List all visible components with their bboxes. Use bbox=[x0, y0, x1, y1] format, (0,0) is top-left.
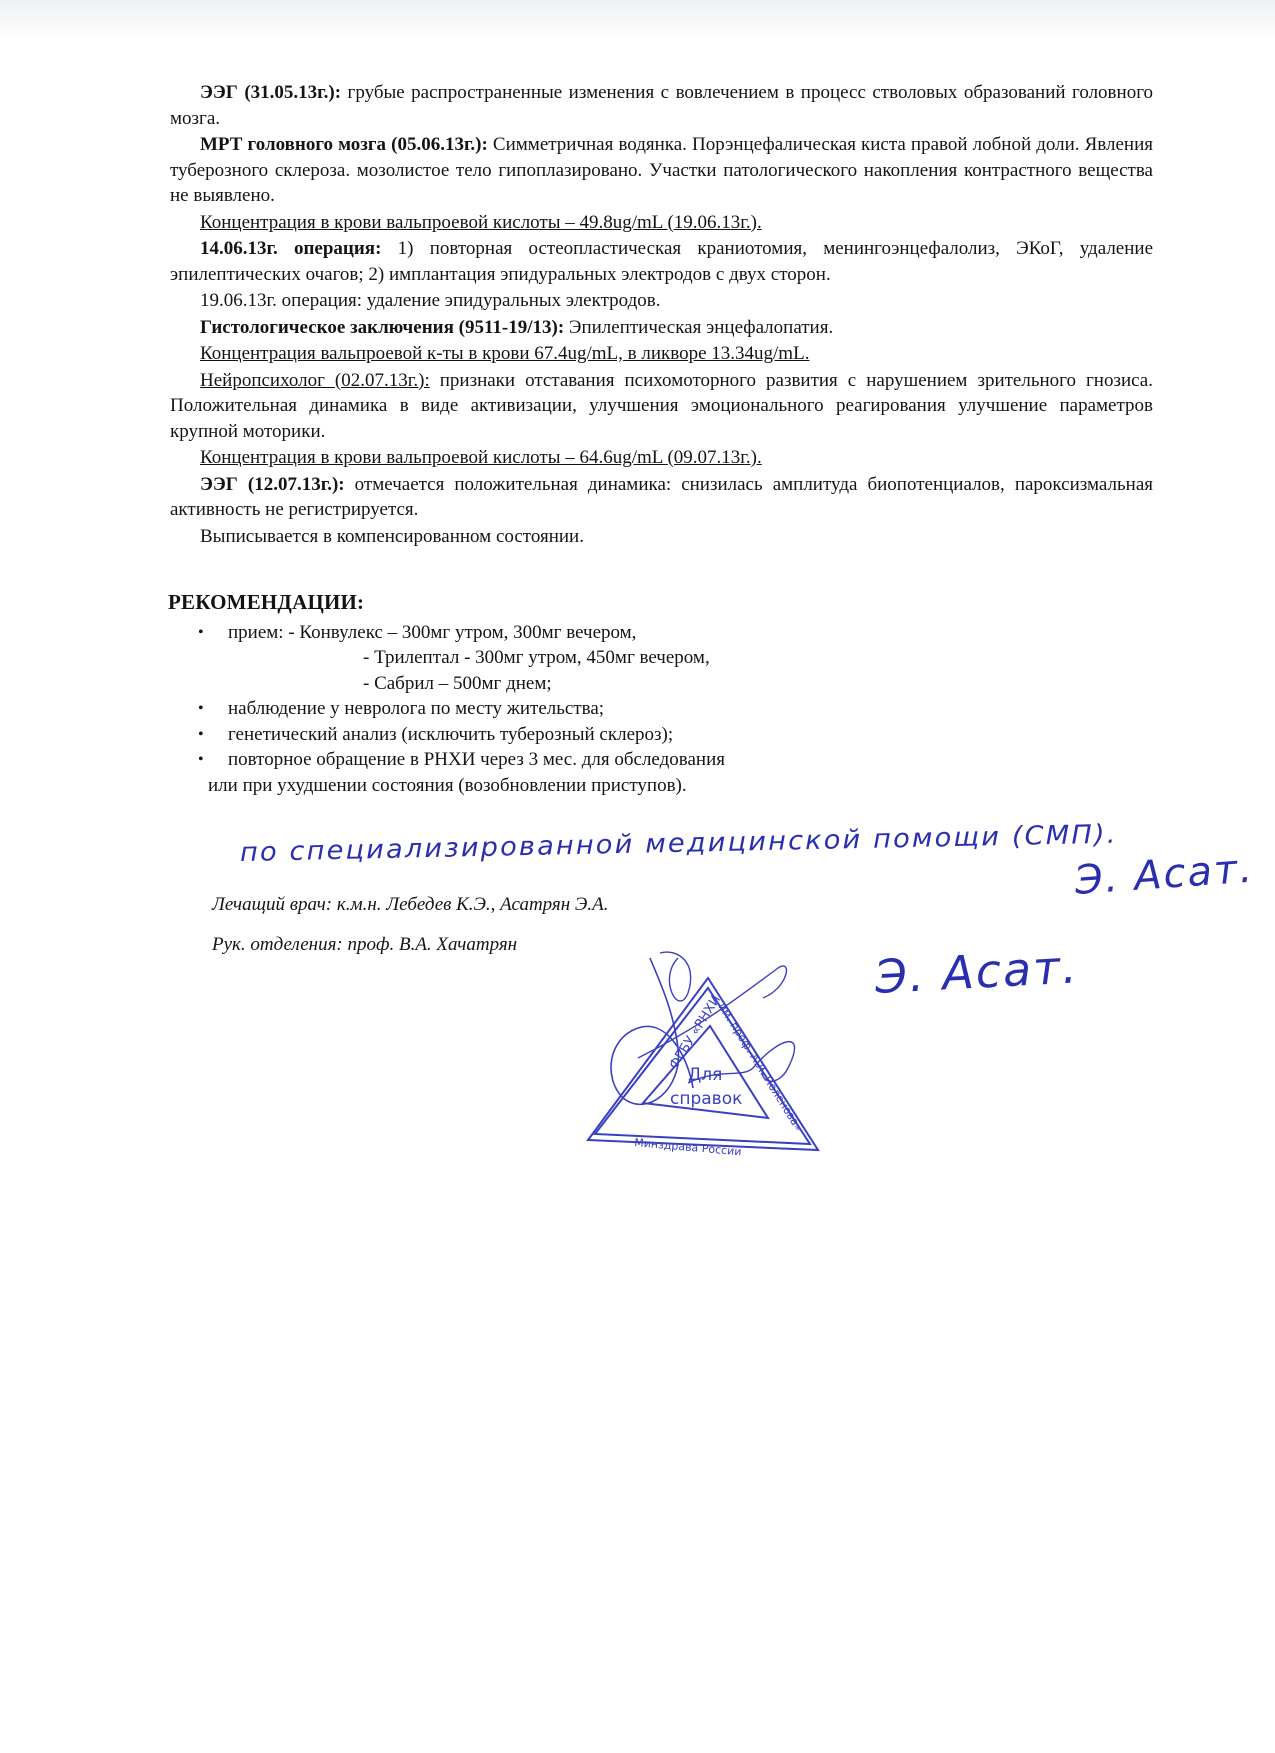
bullet-icon: • bbox=[198, 696, 204, 722]
recommendation-neurologist: • наблюдение у невролога по месту житель… bbox=[170, 696, 1153, 722]
eeg-paragraph-1: ЭЭГ (31.05.13г.): грубые распространенны… bbox=[170, 80, 1153, 131]
valproate-level-3-text: Концентрация в крови вальпроевой кислоты… bbox=[200, 447, 762, 468]
histology-text: Эпилептическая энцефалопатия. bbox=[564, 317, 833, 338]
neuropsych-paragraph: Нейропсихолог (02.07.13г.): признаки отс… bbox=[170, 368, 1153, 445]
valproate-level-2: Концентрация вальпроевой к-ты в крови 67… bbox=[170, 341, 1153, 367]
discharge-text: Выписывается в компенсированном состояни… bbox=[200, 526, 584, 547]
handwritten-signature-1: Э. Асат. bbox=[1073, 846, 1255, 904]
operation-paragraph-1: 14.06.13г. операция: 1) повторная остеоп… bbox=[170, 236, 1153, 287]
stamp: ФГБУ «РНХИ им. проф. А.Л. Поленова» Минз… bbox=[578, 918, 828, 1158]
operation-text-2: 19.06.13г. операция: удаление эпидуральн… bbox=[200, 290, 660, 311]
eeg-label-2: ЭЭГ (12.07.13г.): bbox=[200, 474, 345, 495]
operation-label-1: 14.06.13г. операция: bbox=[200, 238, 381, 259]
mri-label: МРТ головного мозга (05.06.13г.): bbox=[200, 134, 488, 155]
attending-physician: Лечащий врач: к.м.н. Лебедев К.Э., Асатр… bbox=[212, 894, 608, 916]
bullet-icon: • bbox=[198, 747, 204, 773]
recommendation-text: наблюдение у невролога по месту жительст… bbox=[228, 698, 604, 719]
valproate-level-3: Концентрация в крови вальпроевой кислоты… bbox=[170, 445, 1153, 471]
histology-label: Гистологическое заключения (9511-19/13): bbox=[200, 317, 564, 338]
eeg-label-1: ЭЭГ (31.05.13г.): bbox=[200, 82, 341, 103]
operation-paragraph-2: 19.06.13г. операция: удаление эпидуральн… bbox=[170, 288, 1153, 314]
stamp-triangle-icon: ФГБУ «РНХИ им. проф. А.Л. Поленова» Минз… bbox=[578, 918, 828, 1158]
recommendation-text: генетический анализ (исключить туберозны… bbox=[228, 724, 673, 745]
handwritten-note: по специализированной медицинской помощи… bbox=[240, 820, 1118, 868]
recommendation-genetic: • генетический анализ (исключить тубероз… bbox=[170, 722, 1153, 748]
histology-paragraph: Гистологическое заключения (9511-19/13):… bbox=[170, 315, 1153, 341]
mri-paragraph: МРТ головного мозга (05.06.13г.): Симмет… bbox=[170, 132, 1153, 209]
recommendation-text: повторное обращение в РНХИ через 3 мес. … bbox=[228, 749, 725, 770]
intake-line-1: прием: - Конвулекс – 300мг утром, 300мг … bbox=[228, 622, 636, 643]
recommendation-continuation: или при ухудшении состояния (возобновлен… bbox=[208, 773, 1153, 799]
eeg-paragraph-2: ЭЭГ (12.07.13г.): отмечается положительн… bbox=[170, 472, 1153, 523]
stamp-center-line-2: справок bbox=[670, 1089, 742, 1109]
valproate-level-1-text: Концентрация в крови вальпроевой кислоты… bbox=[200, 212, 762, 233]
recommendation-intake: • прием: - Конвулекс – 300мг утром, 300м… bbox=[170, 620, 1153, 697]
document-body: ЭЭГ (31.05.13г.): грубые распространенны… bbox=[170, 80, 1153, 798]
handwritten-signature-2: Э. Асат. bbox=[874, 939, 1080, 1004]
recommendation-followup: • повторное обращение в РНХИ через 3 мес… bbox=[170, 747, 1153, 798]
discharge-paragraph: Выписывается в компенсированном состояни… bbox=[170, 524, 1153, 550]
recommendations-list: • прием: - Конвулекс – 300мг утром, 300м… bbox=[170, 620, 1153, 799]
intake-line-3: - Сабрил – 500мг днем; bbox=[228, 671, 1153, 697]
valproate-level-1: Концентрация в крови вальпроевой кислоты… bbox=[170, 210, 1153, 236]
intake-line-2: - Трилептал - 300мг утром, 450мг вечером… bbox=[228, 645, 1153, 671]
department-head: Рук. отделения: проф. В.А. Хачатрян bbox=[212, 934, 517, 956]
bullet-icon: • bbox=[198, 722, 204, 748]
neuropsych-label: Нейропсихолог (02.07.13г.): bbox=[200, 370, 430, 391]
valproate-level-2-text: Концентрация вальпроевой к-ты в крови 67… bbox=[200, 343, 809, 364]
recommendations-title: РЕКОМЕНДАЦИИ: bbox=[168, 590, 1153, 616]
spacer bbox=[170, 550, 1153, 590]
stamp-center-line-1: Для bbox=[688, 1065, 722, 1085]
bullet-icon: • bbox=[198, 620, 204, 646]
